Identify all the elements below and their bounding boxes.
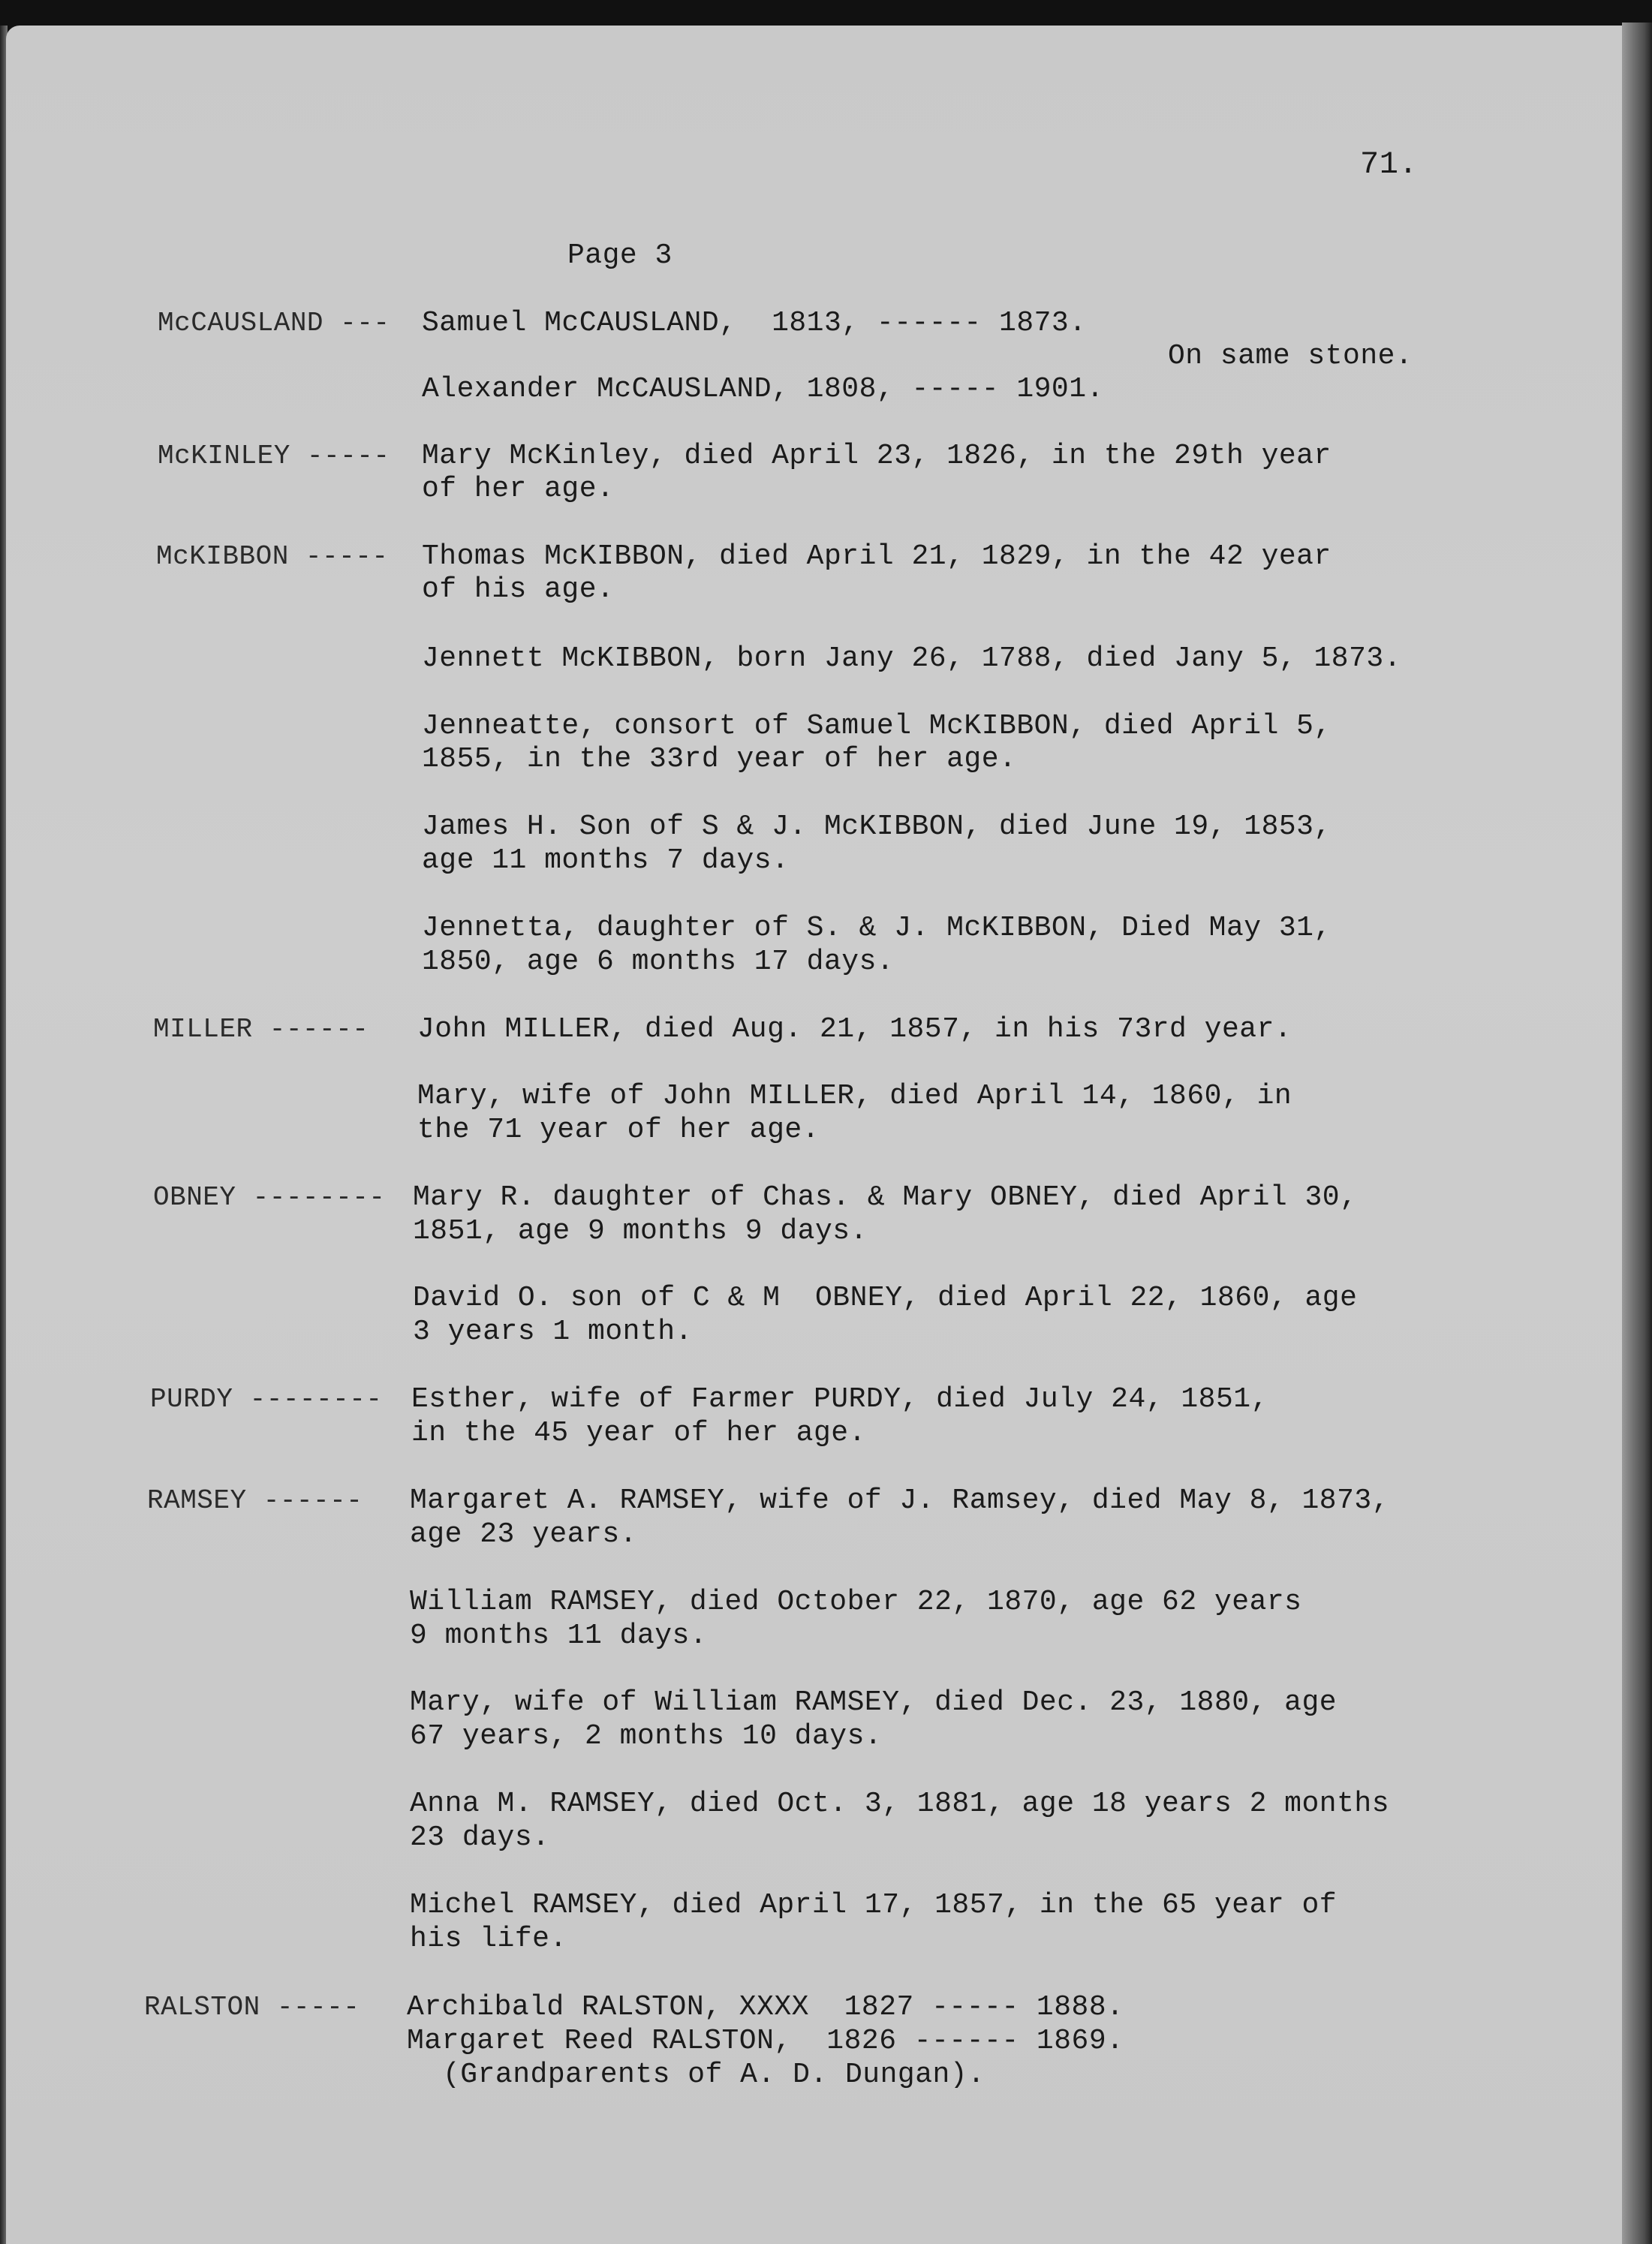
entry-text: age 11 months 7 days. xyxy=(422,844,789,878)
entry-text: David O. son of C & M OBNEY, died April … xyxy=(413,1281,1357,1316)
surname-purdy: PURDY -------- xyxy=(150,1382,382,1417)
page-heading: Page 3 xyxy=(567,239,673,273)
same-stone-note: On same stone. xyxy=(1168,339,1413,374)
entry-text: 9 months 11 days. xyxy=(410,1619,707,1653)
entry-text: 67 years, 2 months 10 days. xyxy=(410,1719,882,1754)
entry-text: Samuel McCAUSLAND, 1813, ------ 1873. xyxy=(422,306,1087,341)
entry-text: Michel RAMSEY, died April 17, 1857, in t… xyxy=(410,1888,1337,1923)
entry-text: Jennett McKIBBON, born Jany 26, 1788, di… xyxy=(422,642,1401,676)
entry-text: age 23 years. xyxy=(410,1518,637,1552)
entry-text: Mary McKinley, died April 23, 1826, in t… xyxy=(422,439,1332,474)
entry-text: Margaret Reed RALSTON, 1826 ------ 1869. xyxy=(407,2024,1124,2059)
entry-text: Archibald RALSTON, XXXX 1827 ----- 1888. xyxy=(407,1990,1124,2025)
entry-text: Jennetta, daughter of S. & J. McKIBBON, … xyxy=(422,911,1332,946)
entry-text: William RAMSEY, died October 22, 1870, a… xyxy=(410,1585,1302,1620)
grandparents-note: (Grandparents of A. D. Dungan). xyxy=(443,2058,985,2092)
entry-text: 1855, in the 33rd year of her age. xyxy=(422,742,1016,777)
entry-text: Margaret A. RAMSEY, wife of J. Ramsey, d… xyxy=(410,1484,1389,1518)
entry-text: his life. xyxy=(410,1922,567,1957)
entry-text: Mary R. daughter of Chas. & Mary OBNEY, … xyxy=(413,1181,1357,1215)
entry-text: Alexander McCAUSLAND, 1808, ----- 1901. xyxy=(422,372,1104,407)
entry-text: the 71 year of her age. xyxy=(417,1113,820,1148)
surname-miller: MILLER ------ xyxy=(153,1012,369,1047)
entry-text: of her age. xyxy=(422,472,614,507)
surname-mckinley: McKINLEY ----- xyxy=(158,439,390,474)
book-binding-edge xyxy=(1622,23,1652,2244)
entry-text: Thomas McKIBBON, died April 21, 1829, in… xyxy=(422,540,1332,574)
entry-text: 1850, age 6 months 17 days. xyxy=(422,945,894,979)
entry-text: Mary, wife of William RAMSEY, died Dec. … xyxy=(410,1686,1337,1720)
page-number: 71. xyxy=(1360,147,1418,182)
entry-text: 1851, age 9 months 9 days. xyxy=(413,1214,868,1249)
entry-text: Esther, wife of Farmer PURDY, died July … xyxy=(411,1382,1268,1417)
surname-mckibbon: McKIBBON ----- xyxy=(156,540,388,574)
entry-text: Jenneatte, consort of Samuel McKIBBON, d… xyxy=(422,709,1332,744)
entry-text: John MILLER, died Aug. 21, 1857, in his … xyxy=(417,1012,1292,1047)
entry-text: in the 45 year of her age. xyxy=(411,1416,866,1451)
scanned-document: 71. Page 3 McCAUSLAND --- Samuel McCAUSL… xyxy=(0,0,1652,2244)
entry-text: 3 years 1 month. xyxy=(413,1315,693,1349)
entry-text: 23 days. xyxy=(410,1821,549,1855)
entry-text: Anna M. RAMSEY, died Oct. 3, 1881, age 1… xyxy=(410,1787,1389,1821)
surname-mccausland: McCAUSLAND --- xyxy=(158,306,390,341)
entry-text: Mary, wife of John MILLER, died April 14… xyxy=(417,1079,1292,1114)
surname-obney: OBNEY -------- xyxy=(153,1181,385,1215)
surname-ramsey: RAMSEY ------ xyxy=(147,1484,363,1518)
entry-text: James H. Son of S & J. McKIBBON, died Ju… xyxy=(422,810,1332,844)
entry-text: of his age. xyxy=(422,573,614,607)
surname-ralston: RALSTON ----- xyxy=(144,1990,360,2025)
